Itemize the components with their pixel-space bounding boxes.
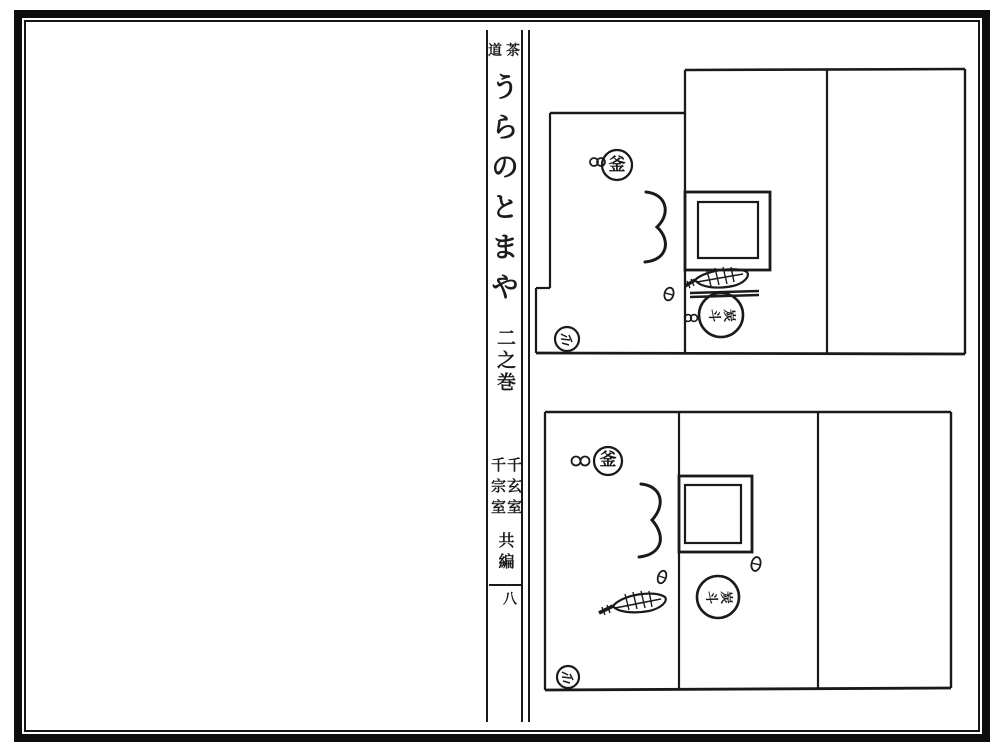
door-curve-icon — [639, 484, 660, 557]
book-title: うらのとまや — [489, 72, 517, 312]
small-rings-icon — [685, 315, 698, 322]
char-glyph: 炭 — [721, 309, 734, 322]
char-glyph: 茶 — [506, 44, 520, 58]
editor-name-left: 千宗室 — [490, 457, 505, 520]
page-number: 八 — [499, 591, 519, 605]
charcoal-basket-seal-label: 炭斗 — [704, 309, 738, 322]
editor-name-right: 千玄室 — [506, 457, 521, 520]
spine-divider-rule — [489, 584, 521, 586]
incense-container-icon — [656, 570, 668, 585]
door-curve-icon — [645, 192, 665, 262]
hearth-icon — [685, 192, 770, 270]
hearth-icon — [679, 476, 752, 552]
corner-seal-icon — [557, 666, 579, 688]
incense-container-icon — [663, 287, 675, 302]
char-glyph: 斗 — [707, 309, 720, 322]
co-edited-label: 共編 — [497, 532, 513, 574]
kettle-seal-label: 釜 — [593, 452, 623, 469]
incense-container-icon — [750, 556, 762, 572]
room-outline — [536, 69, 965, 354]
spine-fold-rule — [528, 30, 530, 722]
char-glyph: 道 — [488, 44, 502, 58]
tearoom-diagram-bottom — [535, 400, 967, 700]
corner-seal-icon — [555, 327, 579, 351]
left-page-blank — [32, 32, 482, 716]
char-glyph: 斗 — [704, 591, 717, 604]
series-label: 茶道 — [485, 44, 523, 58]
spine-rule-right — [521, 30, 523, 722]
kan-rings-icon — [572, 457, 590, 466]
volume-label: 二之巻 — [495, 328, 514, 394]
tearoom-diagram-top — [535, 60, 967, 360]
feather-brush-icon — [599, 591, 666, 615]
char-glyph: 炭 — [718, 591, 731, 604]
book-scan-spread: 茶道 うらのとまや 二之巻 千玄室 千宗室 共編 八 — [0, 0, 1000, 754]
kettle-seal-label: 釜 — [602, 157, 632, 174]
charcoal-basket-seal-label: 炭斗 — [701, 591, 735, 604]
